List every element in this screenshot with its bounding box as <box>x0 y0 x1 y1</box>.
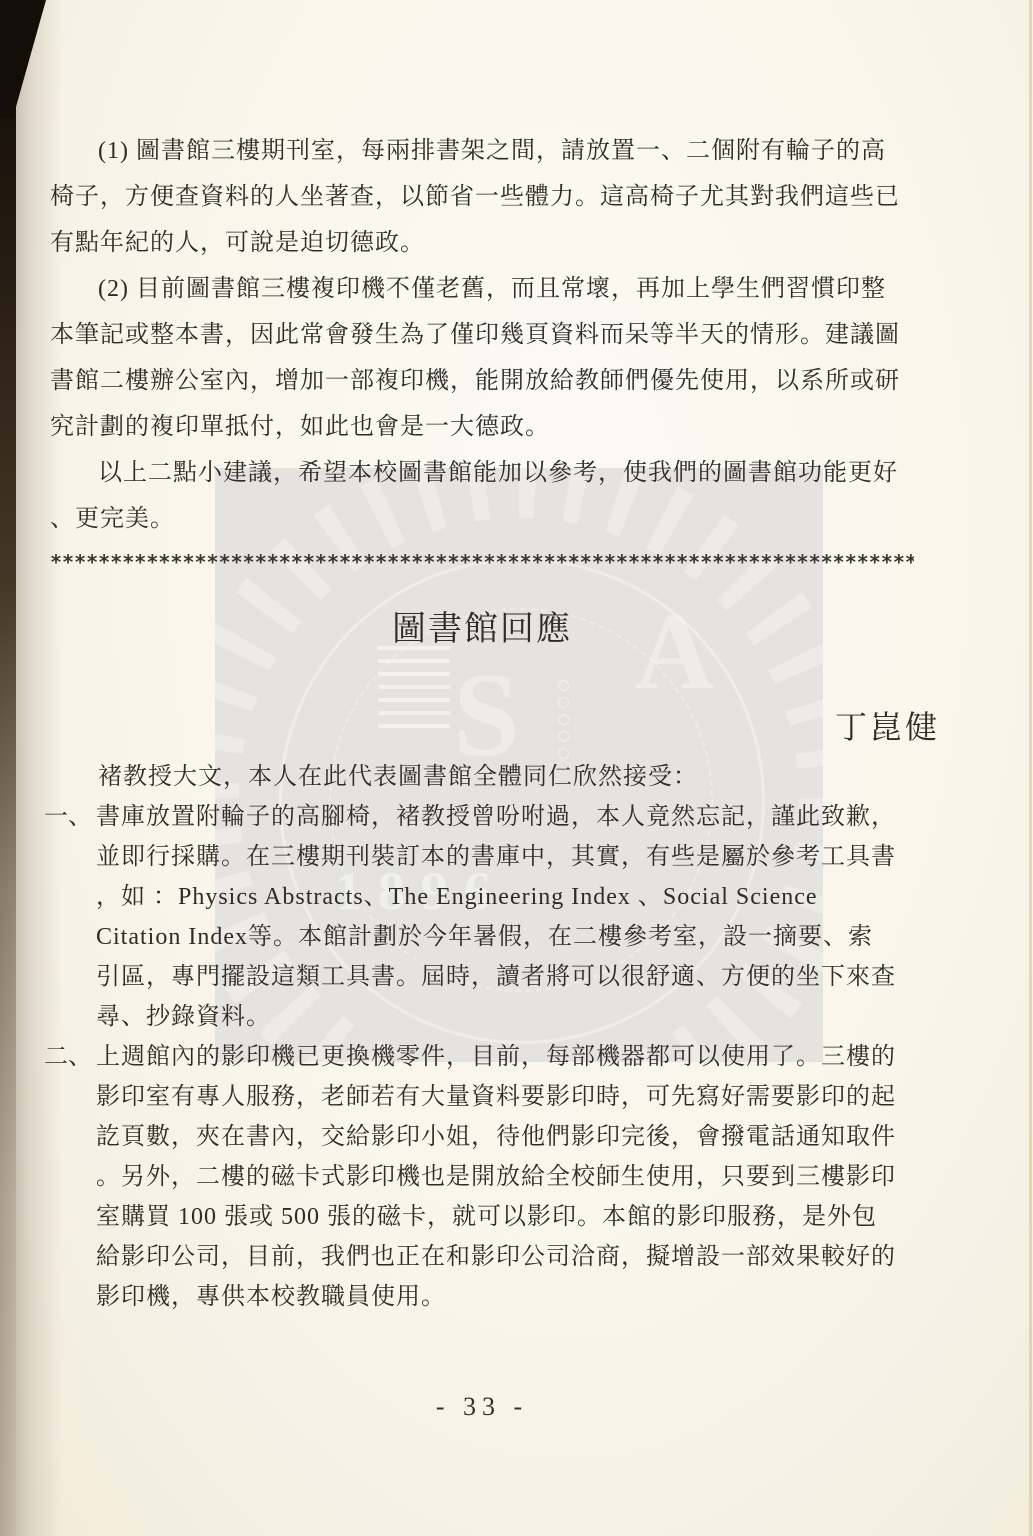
asterisk-divider: ****************************************… <box>50 550 914 574</box>
text-line: 上週館內的影印機已更換機零件，目前，每部機器都可以使用了。三樓的 <box>96 1037 914 1077</box>
text-line: 並即行採購。在三樓期刊裝訂本的書庫中，其實，有些是屬於參考工具書 <box>96 837 914 877</box>
text-line: 引區，專門擺設這類工具書。屆時，讀者將可以很舒適、方便的坐下來查 <box>96 957 914 997</box>
text-line: 訖頁數，夾在書內，交給影印小姐，待他們影印完後，會撥電話通知取件 <box>96 1117 914 1157</box>
paragraph: 以上二點小建議，希望本校圖書館能加以參考，使我們的圖書館功能更好、更完美。 <box>50 450 914 542</box>
text-line: 。另外，二樓的磁卡式影印機也是開放給全校師生使用，只要到三樓影印 <box>96 1157 914 1197</box>
text-line: 給影印公司，目前，我們也正在和影印公司洽商，擬增設一部效果較好的 <box>96 1237 914 1277</box>
text-line: 以上二點小建議，希望本校圖書館能加以參考，使我們的圖書館功能更好 <box>50 450 914 496</box>
response-title: 圖書館回應 <box>50 601 914 650</box>
response-intro: 褚教授大文，本人在此代表圖書館全體同仁欣然接受： <box>50 757 914 797</box>
response-item: 一、書庫放置附輪子的高腳椅，褚教授曾吩咐過，本人竟然忘記，謹此致歉，並即行採購。… <box>50 797 914 1037</box>
response-section: 褚教授大文，本人在此代表圖書館全體同仁欣然接受： 一、書庫放置附輪子的高腳椅，褚… <box>50 757 914 1317</box>
text-line: 室購買 100 張或 500 張的磁卡，就可以影印。本館的影印服務，是外包 <box>96 1197 914 1237</box>
text-line: (2) 目前圖書館三樓複印機不僅老舊，而且常壞，再加上學生們習慣印整 <box>50 266 914 312</box>
page-gutter-dark-strip <box>0 0 16 1536</box>
text-line: Citation Index等。本館計劃於今年暑假，在二樓參考室，設一摘要、索 <box>96 917 914 957</box>
paragraph: (2) 目前圖書館三樓複印機不僅老舊，而且常壞，再加上學生們習慣印整本筆記或整本… <box>50 266 914 450</box>
suggestions-section: (1) 圖書館三樓期刊室，每兩排書架之間，請放置一、二個附有輪子的高椅子，方便查… <box>50 128 914 542</box>
paragraph: (1) 圖書館三樓期刊室，每兩排書架之間，請放置一、二個附有輪子的高椅子，方便查… <box>50 128 914 266</box>
text-line: ，如 ：Physics Abstracts、The Engineering In… <box>96 877 914 917</box>
text-line: 本筆記或整本書，因此常會發生為了僅印幾頁資料而呆等半天的情形。建議圖 <box>50 312 914 358</box>
scanned-page: S A 1896 (1) 圖書館三樓期刊室，每兩排書架之間，請放置一、二個附有輪… <box>0 0 1033 1536</box>
text-line: 書館二樓辦公室內，增加一部複印機，能開放給教師們優先使用，以系所或研 <box>50 358 914 404</box>
list-marker: 二、 <box>44 1037 92 1077</box>
text-line: 影印機，專供本校教職員使用。 <box>96 1277 914 1317</box>
author-name: 丁崑健 <box>50 702 940 748</box>
text-line: 尋、抄錄資料。 <box>96 997 914 1037</box>
text-line: 、更完美。 <box>50 496 914 542</box>
list-marker: 一、 <box>44 797 92 837</box>
text-line: 有點年紀的人，可說是迫切德政。 <box>50 220 914 266</box>
text-line: 書庫放置附輪子的高腳椅，褚教授曾吩咐過，本人竟然忘記，謹此致歉， <box>96 797 914 837</box>
response-items: 一、書庫放置附輪子的高腳椅，褚教授曾吩咐過，本人竟然忘記，謹此致歉，並即行採購。… <box>50 797 914 1317</box>
text-line: 究計劃的複印單抵付，如此也會是一大德政。 <box>50 404 914 450</box>
scan-corner-shadow <box>0 0 46 118</box>
text-line: 椅子，方便查資料的人坐著查，以節省一些體力。這高椅子尤其對我們這些已 <box>50 174 914 220</box>
text-line: (1) 圖書館三樓期刊室，每兩排書架之間，請放置一、二個附有輪子的高 <box>50 128 914 174</box>
response-item: 二、上週館內的影印機已更換機零件，目前，每部機器都可以使用了。三樓的影印室有專人… <box>50 1037 914 1317</box>
text-line: 影印室有專人服務，老師若有大量資料要影印時，可先寫好需要影印的起 <box>96 1077 914 1117</box>
page-right-edge-line <box>1029 0 1032 1536</box>
page-number: - 33 - <box>50 1392 914 1422</box>
